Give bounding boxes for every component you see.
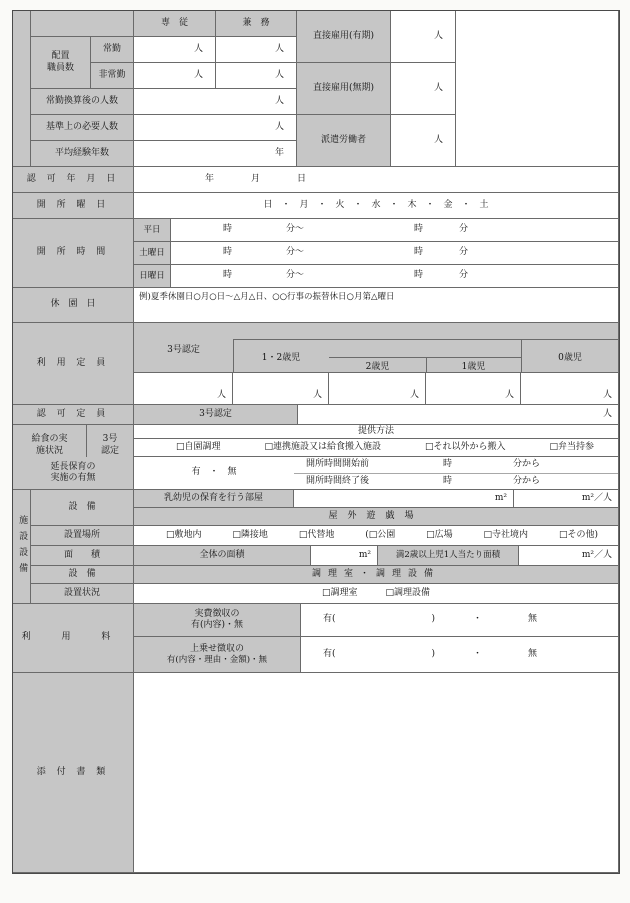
checkbox-option-substitute: □代替地 — [299, 530, 335, 541]
kitchen-band-text: 調理室・調理設備 — [312, 569, 440, 580]
infant-room-area-value: m² — [294, 490, 514, 508]
dispatch-value: 人 — [391, 115, 456, 167]
childcare-facility-form-page: { "colors": { "page_bg": "#fafaf8", "cel… — [0, 0, 630, 903]
open-hours-sunday-value: 時 分～ 時 分 — [171, 265, 619, 288]
weekday-text: 平日 — [143, 225, 160, 236]
dispatch-text: 派遣労働者 — [321, 135, 366, 146]
area-per-child-value: m²／人 — [519, 546, 619, 566]
extended-care-yes-no: 有 ・ 無 — [134, 467, 294, 478]
unit-person: 人 — [313, 390, 322, 401]
capacity-label: 利 用 定 員 — [13, 323, 134, 405]
concurrent-label: 兼 務 — [242, 18, 269, 29]
checkbox-option-own-kitchen: □自園調理 — [176, 442, 221, 453]
experience-value: 年 — [134, 141, 297, 167]
actual-cost-line2: 有(内容)・無 — [191, 620, 243, 631]
staff-header-dedicated: 専 従 — [134, 11, 216, 37]
age-2-text: 2歳児 — [366, 359, 390, 372]
unit-person: 人 — [603, 409, 612, 420]
direct-indefinite-label: 直接雇用(無期) — [297, 63, 391, 115]
yes-paren-open: 有( — [323, 649, 336, 660]
after-close-label: 開所時間終了後 — [306, 476, 369, 487]
unit-person: 人 — [194, 70, 203, 81]
hour-unit: 時 — [414, 224, 423, 235]
section-side-strip — [13, 11, 31, 167]
paren-close: ) — [432, 649, 436, 660]
hour-unit: 時 — [443, 476, 452, 487]
attachments-value — [134, 673, 619, 873]
kitchen-band: 調理室・調理設備 — [134, 566, 619, 584]
outdoor-playground-text: 屋外遊戯場 — [328, 511, 423, 522]
conversion-value: 人 — [134, 89, 297, 115]
direct-indefinite-value: 人 — [391, 63, 456, 115]
minute-from-unit: 分～ — [286, 224, 304, 235]
checkbox-option-other: □その他) — [559, 530, 598, 541]
checkbox-option-adjacent: □隣接地 — [232, 530, 268, 541]
capacity-age-1-2-value: 人 — [233, 373, 329, 405]
unit-person: 人 — [410, 390, 419, 401]
minute-unit: 分 — [459, 247, 468, 258]
total-area-value: m² — [311, 546, 378, 566]
unit-person: 人 — [217, 390, 226, 401]
cert3-text: 3号認定 — [199, 409, 232, 420]
unit-person: 人 — [603, 390, 612, 401]
minute-from-unit: 分から — [513, 459, 540, 470]
unit-person: 人 — [434, 31, 443, 42]
open-hours-weekday-label: 平日 — [134, 219, 171, 242]
direct-fixed-value: 人 — [391, 11, 456, 63]
capacity-age-0-value: 人 — [521, 373, 619, 405]
fulltime-dedicated-value: 人 — [134, 37, 216, 63]
fees-text: 利 用 料 — [22, 632, 125, 643]
meal-label-text: 給食の実施状況 — [30, 434, 70, 457]
area-per-child-text: 満2歳以上児1人当たり面積 — [396, 550, 500, 561]
closed-days-text: 休 園 日 — [50, 299, 95, 310]
unit-person: 人 — [275, 122, 284, 133]
open-hours-label: 開 所 時 間 — [13, 219, 134, 288]
open-hours-saturday-label: 土曜日 — [134, 242, 171, 265]
open-hours-sunday-label: 日曜日 — [134, 265, 171, 288]
staff-fulltime-label: 常勤 — [91, 37, 134, 63]
yes-no-text: 有 ・ 無 — [191, 467, 236, 478]
installation-status-row: □調理室 □調理設備 — [134, 584, 619, 604]
required-number-value: 人 — [134, 115, 297, 141]
age-0-header: 0歳児 — [521, 339, 619, 373]
closed-days-value: 例)夏季休園日○月○日～△月△日、○○行事の振替休日○月第△曜日 — [134, 288, 619, 323]
yes-paren-open: 有( — [323, 614, 336, 625]
checkbox-option-kitchen-room: □調理室 — [322, 588, 358, 599]
open-hours-saturday-value: 時 分～ 時 分 — [171, 242, 619, 265]
unit-person: 人 — [275, 70, 284, 81]
extended-care-value: 有 ・ 無 開所時間開始前 時 分から 開所時間終了後 時 分から — [134, 457, 619, 490]
approval-date-label: 認 可 年 月 日 — [13, 167, 134, 193]
facility-equipment-label-1: 設 備 — [31, 490, 134, 526]
parttime-concurrent-value: 人 — [216, 63, 297, 89]
method-header-text: 提供方法 — [358, 426, 394, 437]
hour-unit: 時 — [223, 224, 232, 235]
dot-separator: ・ — [473, 649, 482, 660]
unit-person: 人 — [275, 44, 284, 55]
direct-fixed-label: 直接雇用(有期) — [297, 11, 391, 63]
cert3-text: 3号認定 — [167, 342, 200, 355]
sqm-unit: m² — [495, 493, 507, 504]
surcharge-label: 上乗せ徴収の 有(内容・理由・金額)・無 — [134, 637, 301, 673]
extended-care-label: 延長保育の実施の有無 — [13, 457, 134, 490]
minute-unit: 分 — [459, 270, 468, 281]
staff-placement-label: 配置 職員数 — [31, 37, 91, 89]
facility-vertical-text: 施設設備 — [16, 515, 27, 579]
actual-cost-line1: 実費徴収の — [194, 609, 239, 620]
licensed-cert3-label: 3号認定 — [134, 405, 298, 425]
approval-date-value: 年 月 日 — [134, 167, 619, 193]
capacity-text: 利 用 定 員 — [37, 358, 110, 369]
extended-care-times: 開所時間開始前 時 分から 開所時間終了後 時 分から — [294, 457, 618, 489]
fulltime-concurrent-value: 人 — [216, 37, 297, 63]
hour-unit: 時 — [223, 270, 232, 281]
licensed-capacity-label: 認 可 定 員 — [13, 405, 134, 425]
before-open-label: 開所時間開始前 — [306, 459, 369, 470]
staff-corner-cell — [31, 11, 134, 37]
approval-date-text: 認 可 年 月 日 — [27, 174, 119, 185]
fulltime-text: 常勤 — [103, 44, 121, 55]
conversion-text: 常勤換算後の人数 — [46, 96, 118, 107]
age-1-header: 1歳児 — [426, 357, 521, 373]
checkbox-option-shrine: □寺社境内 — [484, 530, 529, 541]
checkbox-option-on-site: □敷地内 — [166, 530, 202, 541]
open-days-value: 日 ・ 月 ・ 火 ・ 水 ・ 木 ・ 金 ・ 土 — [134, 193, 619, 219]
required-number-label: 基準上の必要人数 — [31, 115, 134, 141]
dot-separator: ・ — [473, 614, 482, 625]
area-per-child-label: 満2歳以上児1人当たり面積 — [378, 546, 519, 566]
age-1-2-header: 1・2歳児 — [233, 339, 329, 373]
direct-indefinite-text: 直接雇用(無期) — [313, 83, 374, 94]
meal-options-row: □自園調理 □連携施設又は給食搬入施設 □それ以外から搬入 □弁当持参 — [134, 439, 619, 457]
hour-unit: 時 — [414, 270, 423, 281]
experience-label: 平均経験年数 — [31, 141, 134, 167]
hour-unit: 時 — [223, 247, 232, 258]
location-label: 設置場所 — [31, 526, 134, 546]
application-form-table: 専 従 兼 務 配置 職員数 常勤 人 人 非常勤 人 人 常勤換算後の人数 人… — [12, 10, 620, 874]
meal-method-header: 提供方法 — [134, 425, 619, 439]
placement-line1: 配置 — [51, 51, 69, 62]
unit-person: 人 — [275, 96, 284, 107]
age-1-text: 1歳児 — [462, 359, 486, 372]
actual-cost-value: 有( ) ・ 無 — [301, 604, 619, 637]
open-days-text: 開 所 曜 日 — [37, 200, 110, 211]
age-2-header: 2歳児 — [329, 357, 426, 373]
cert3-text: 3号認定 — [99, 434, 121, 457]
minute-from-unit: 分から — [513, 476, 540, 487]
hour-unit: 時 — [443, 459, 452, 470]
placement-line2: 職員数 — [47, 63, 74, 74]
no-text: 無 — [528, 614, 537, 625]
capacity-cert3-header: 3号認定 — [134, 323, 233, 373]
unit-person: 人 — [434, 83, 443, 94]
open-days-label: 開 所 曜 日 — [13, 193, 134, 219]
facility-section-label: 施設設備 — [13, 490, 31, 604]
day-unit: 日 — [297, 174, 306, 185]
surcharge-line1: 上乗せ徴収の — [190, 644, 244, 655]
infant-room-text: 乳幼児の保育を行う部屋 — [164, 493, 263, 504]
before-open-row: 開所時間開始前 時 分から — [294, 457, 618, 473]
no-text: 無 — [528, 649, 537, 660]
minute-from-unit: 分～ — [286, 247, 304, 258]
closed-days-label: 休 園 日 — [13, 288, 134, 323]
licensed-capacity-text: 認 可 定 員 — [37, 409, 110, 420]
experience-text: 平均経験年数 — [55, 148, 109, 159]
unit-person: 人 — [194, 44, 203, 55]
checkbox-option-other-delivery: □それ以外から搬入 — [425, 442, 506, 453]
conversion-label: 常勤換算後の人数 — [31, 89, 134, 115]
total-area-label: 全体の面積 — [134, 546, 311, 566]
parttime-text: 非常勤 — [98, 70, 125, 81]
paren-close: ) — [432, 614, 436, 625]
capacity-age-1-value: 人 — [426, 373, 521, 405]
sqm-per-person-unit: m²／人 — [582, 550, 612, 561]
minute-unit: 分 — [459, 224, 468, 235]
closed-days-example: 例)夏季休園日○月○日～△月△日、○○行事の振替休日○月第△曜日 — [139, 292, 395, 303]
area-text: 面 積 — [64, 550, 100, 561]
area-label: 面 積 — [31, 546, 134, 566]
sunday-text: 日曜日 — [139, 271, 165, 282]
infant-room-per-person-value: m²／人 — [514, 490, 619, 508]
required-text: 基準上の必要人数 — [46, 122, 118, 133]
surcharge-value: 有( ) ・ 無 — [301, 637, 619, 673]
location-text: 設置場所 — [64, 530, 100, 541]
infant-room-label: 乳幼児の保育を行う部屋 — [134, 490, 294, 508]
open-hours-text: 開 所 時 間 — [37, 247, 110, 258]
installation-status-text: 設置状況 — [64, 588, 100, 599]
extended-care-text: 延長保育の実施の有無 — [47, 462, 99, 485]
sqm-unit: m² — [359, 550, 371, 561]
age-1-2-text: 1・2歳児 — [262, 350, 300, 363]
total-area-text: 全体の面積 — [199, 550, 244, 561]
capacity-cert3-value: 人 — [134, 373, 233, 405]
attachments-label: 添 付 書 類 — [13, 673, 134, 873]
unit-year: 年 — [275, 148, 284, 159]
hour-unit: 時 — [414, 247, 423, 258]
outdoor-playground-band: 屋外遊戯場 — [134, 508, 619, 526]
capacity-age-2-value: 人 — [329, 373, 426, 405]
surcharge-line2: 有(内容・理由・金額)・無 — [167, 655, 267, 666]
installation-status-label: 設置状況 — [31, 584, 134, 604]
after-close-row: 開所時間終了後 時 分から — [294, 473, 618, 490]
actual-cost-label: 実費徴収の 有(内容)・無 — [134, 604, 301, 637]
facility-equipment-label-2: 設 備 — [31, 566, 134, 584]
checkbox-option-partner-facility: □連携施設又は給食搬入施設 — [264, 442, 381, 453]
parttime-dedicated-value: 人 — [134, 63, 216, 89]
year-unit: 年 — [205, 174, 214, 185]
checkbox-option-bento: □弁当持参 — [549, 442, 594, 453]
staff-blank-cell — [456, 11, 619, 167]
saturday-text: 土曜日 — [139, 248, 165, 259]
sqm-per-person-unit: m²／人 — [582, 493, 612, 504]
dedicated-label: 専 従 — [161, 18, 188, 29]
age-0-text: 0歳児 — [558, 350, 582, 363]
equipment-text: 設 備 — [68, 502, 95, 513]
staff-header-concurrent: 兼 務 — [216, 11, 297, 37]
location-options-row: □敷地内 □隣接地 □代替地 (□公園 □広場 □寺社境内 □その他) — [134, 526, 619, 546]
dispatch-label: 派遣労働者 — [297, 115, 391, 167]
licensed-capacity-value: 人 — [298, 405, 619, 425]
checkbox-option-park: (□公園 — [365, 530, 395, 541]
minute-from-unit: 分～ — [286, 270, 304, 281]
attachments-text: 添 付 書 類 — [37, 767, 110, 778]
staff-parttime-label: 非常勤 — [91, 63, 134, 89]
month-unit: 月 — [251, 174, 260, 185]
fees-label: 利 用 料 — [13, 604, 134, 673]
unit-person: 人 — [434, 135, 443, 146]
open-hours-weekday-value: 時 分～ 時 分 — [171, 219, 619, 242]
equipment-text: 設 備 — [68, 569, 95, 580]
unit-person: 人 — [505, 390, 514, 401]
weekday-list: 日 ・ 月 ・ 火 ・ 水 ・ 木 ・ 金 ・ 土 — [263, 200, 488, 211]
checkbox-option-plaza: □広場 — [426, 530, 453, 541]
direct-fixed-text: 直接雇用(有期) — [313, 31, 374, 42]
checkbox-option-kitchen-equipment: □調理設備 — [386, 588, 431, 599]
